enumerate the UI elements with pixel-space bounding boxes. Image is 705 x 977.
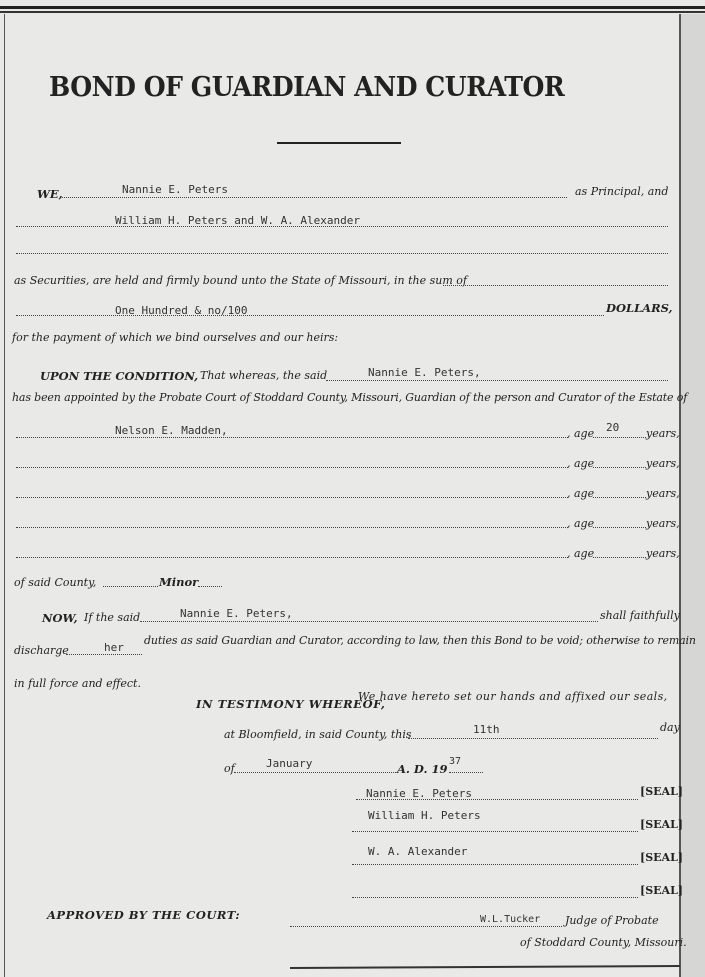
condition-label: UPON THE CONDITION,	[40, 369, 198, 383]
condition-text: That whereas, the said	[200, 369, 327, 382]
dollars-label: DOLLARS,	[606, 301, 673, 315]
as-principal-label: as Principal, and	[575, 185, 668, 198]
minor-age: 20	[606, 421, 619, 434]
county-line-a	[103, 586, 158, 587]
ad-label: A. D. 19	[397, 762, 448, 776]
age-line	[593, 527, 646, 528]
minor-name: Nelson E. Madden,	[115, 424, 228, 437]
years-label: years,	[646, 487, 680, 500]
judge-title: Judge of Probate	[565, 914, 659, 927]
county-line-b	[198, 586, 222, 587]
minor-name-line	[16, 467, 568, 468]
year-line	[449, 772, 483, 773]
now-label: NOW,	[42, 611, 78, 625]
signature-name: Nannie E. Peters	[366, 787, 472, 800]
approved-label: APPROVED BY THE COURT:	[47, 908, 240, 922]
age-line	[593, 437, 646, 438]
top-border-rule	[0, 6, 705, 9]
judge-name: W.L.Tucker	[480, 914, 540, 925]
age-line	[593, 497, 646, 498]
seal-label: [SEAL]	[640, 851, 683, 864]
securities-names: William H. Peters and W. A. Alexander	[115, 214, 360, 227]
condition-name: Nannie E. Peters,	[368, 366, 481, 379]
years-label: years,	[646, 547, 680, 560]
place-text: at Bloomfield, in said County, this	[224, 728, 412, 741]
now-name: Nannie E. Peters,	[180, 607, 293, 620]
full-force-text: in full force and effect.	[14, 677, 141, 690]
payment-text: for the payment of which we bind ourselv…	[12, 331, 338, 344]
county-label: of said County,	[14, 576, 96, 589]
signature-line	[352, 864, 638, 865]
seal-label: [SEAL]	[640, 818, 683, 831]
sum-line	[16, 315, 604, 316]
minor-name-line	[16, 527, 568, 528]
age-label: , age	[567, 427, 594, 440]
signature-line	[352, 897, 638, 898]
judge-line	[290, 926, 562, 927]
age-label: , age	[567, 457, 594, 470]
principal-name: Nannie E. Peters	[122, 183, 228, 196]
securities-text: as Securities, are held and firmly bound…	[14, 274, 467, 287]
minor-name-line	[16, 497, 568, 498]
signature-name: W. A. Alexander	[368, 845, 467, 858]
seal-label: [SEAL]	[640, 884, 683, 897]
years-label: years,	[646, 427, 680, 440]
minor-name-line	[16, 557, 568, 558]
day-value: 11th	[473, 723, 500, 736]
minor-name-line	[16, 437, 568, 438]
now-text: If the said	[84, 611, 140, 624]
age-line	[593, 467, 646, 468]
top-border-rule-inner	[0, 11, 705, 13]
signature-name: William H. Peters	[368, 809, 481, 822]
signature-line	[352, 831, 638, 832]
month-line	[234, 772, 396, 773]
month-value: January	[266, 757, 312, 770]
title-underline	[277, 142, 401, 144]
year-value: 37	[449, 756, 461, 767]
condition-name-line	[326, 380, 668, 381]
age-line	[593, 557, 646, 558]
age-label: , age	[567, 517, 594, 530]
judge-county: of Stoddard County, Missouri.	[520, 936, 687, 949]
bottom-rule	[290, 965, 680, 969]
years-label: years,	[646, 457, 680, 470]
day-line	[408, 738, 658, 739]
securities-line-2	[16, 253, 668, 254]
pronoun-line	[66, 654, 142, 655]
left-border	[4, 14, 5, 977]
of-label: of	[224, 762, 235, 775]
principal-line	[62, 197, 567, 198]
sum-line-a	[443, 285, 668, 286]
faithfully-label: shall faithfully	[600, 609, 680, 622]
appointed-text: has been appointed by the Probate Court …	[12, 391, 687, 404]
now-name-line	[140, 621, 598, 622]
seal-label: [SEAL]	[640, 785, 683, 798]
day-label: day	[660, 721, 680, 734]
age-label: , age	[567, 547, 594, 560]
years-label: years,	[646, 517, 680, 530]
duties-text: duties as said Guardian and Curator, acc…	[144, 634, 696, 647]
discharge-label: discharge	[14, 644, 69, 657]
sum-amount: One Hundred & no/100	[115, 304, 247, 317]
testimony-text: We have hereto set our hands and affixed…	[358, 690, 668, 703]
page-margin-strip	[681, 14, 705, 977]
we-label: WE,	[37, 187, 63, 201]
document-title: BOND OF GUARDIAN AND CURATOR	[49, 72, 564, 103]
minor-label: Minor	[159, 575, 198, 589]
pronoun: her	[104, 641, 124, 654]
bond-document-page: BOND OF GUARDIAN AND CURATOR WE, Nannie …	[0, 0, 705, 977]
age-label: , age	[567, 487, 594, 500]
